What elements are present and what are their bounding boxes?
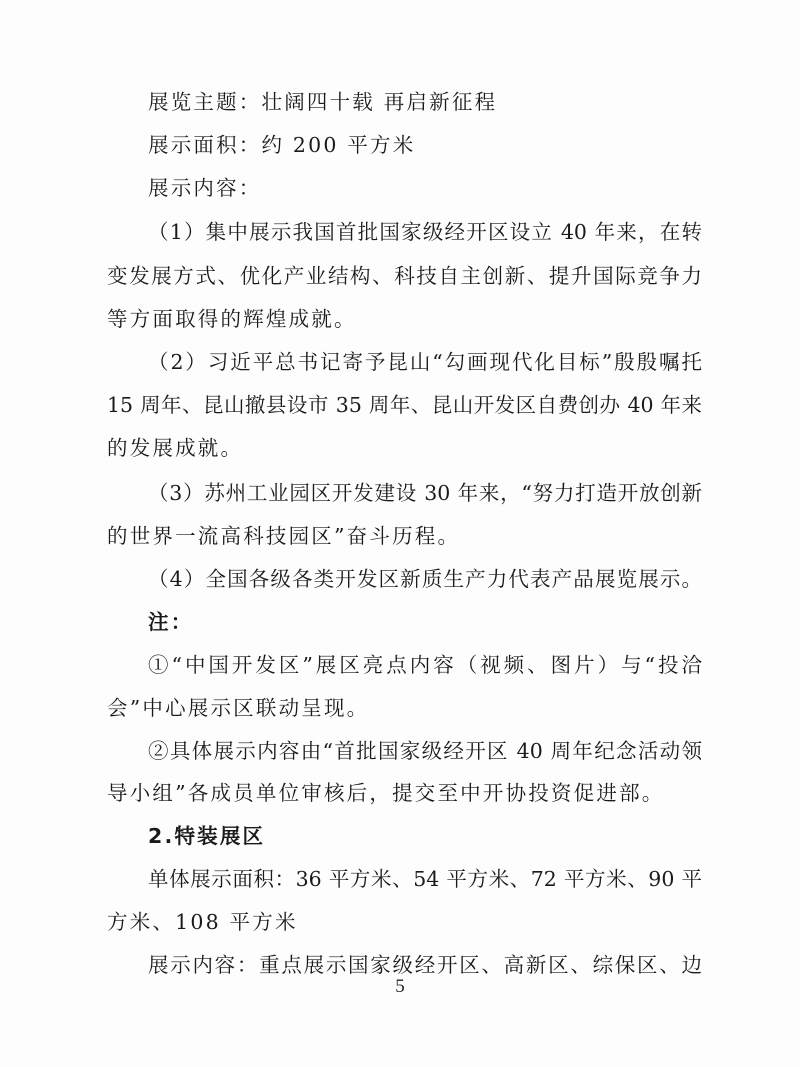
content-item-2-line-1: （2）习近平总书记寄予昆山“勾画现代化目标”殷殷嘱托 bbox=[148, 348, 702, 376]
content-item-1-line-2: 变发展方式、优化产业结构、科技自主创新、提升国际竞争力 bbox=[107, 262, 702, 290]
content-item-2-line-2: 15 周年、昆山撤县设市 35 周年、昆山开发区自费创办 40 年来 bbox=[107, 391, 702, 419]
booth-content-line-1: 展示内容：重点展示国家级经开区、高新区、综保区、边 bbox=[148, 951, 702, 979]
booth-area-line-1: 单体展示面积：36 平方米、54 平方米、72 平方米、90 平 bbox=[148, 865, 702, 893]
content-item-1-line-3: 等方面取得的辉煌成就。 bbox=[107, 305, 702, 333]
content-item-1-line-1: （1）集中展示我国首批国家级经开区设立 40 年来，在转 bbox=[148, 218, 702, 246]
booth-area-line-2: 方米、108 平方米 bbox=[107, 908, 702, 936]
document-page: 展览主题：壮阔四十载 再启新征程 展示面积：约 200 平方米 展示内容： （1… bbox=[0, 0, 800, 1067]
exhibition-area: 展示面积：约 200 平方米 bbox=[148, 131, 702, 159]
exhibition-content-label: 展示内容： bbox=[148, 174, 702, 202]
content-item-3-line-2: 的世界一流高科技园区”奋斗历程。 bbox=[107, 522, 702, 550]
note-1-line-1: ①“中国开发区”展区亮点内容（视频、图片）与“投洽 bbox=[148, 651, 702, 679]
note-2-line-2: 导小组”各成员单位审核后，提交至中开协投资促进部。 bbox=[107, 779, 702, 807]
content-item-4: （4）全国各级各类开发区新质生产力代表产品展览展示。 bbox=[148, 565, 702, 593]
exhibition-theme: 展览主题：壮阔四十载 再启新征程 bbox=[148, 88, 702, 116]
section-heading-special-booth: 2.特装展区 bbox=[148, 822, 702, 850]
note-heading: 注： bbox=[148, 608, 702, 636]
page-number: 5 bbox=[380, 976, 420, 998]
note-1-line-2: 会”中心展示区联动呈现。 bbox=[107, 694, 702, 722]
content-item-2-line-3: 的发展成就。 bbox=[107, 434, 702, 462]
content-item-3-line-1: （3）苏州工业园区开发建设 30 年来，“努力打造开放创新 bbox=[148, 479, 702, 507]
note-2-line-1: ②具体展示内容由“首批国家级经开区 40 周年纪念活动领 bbox=[148, 737, 702, 765]
